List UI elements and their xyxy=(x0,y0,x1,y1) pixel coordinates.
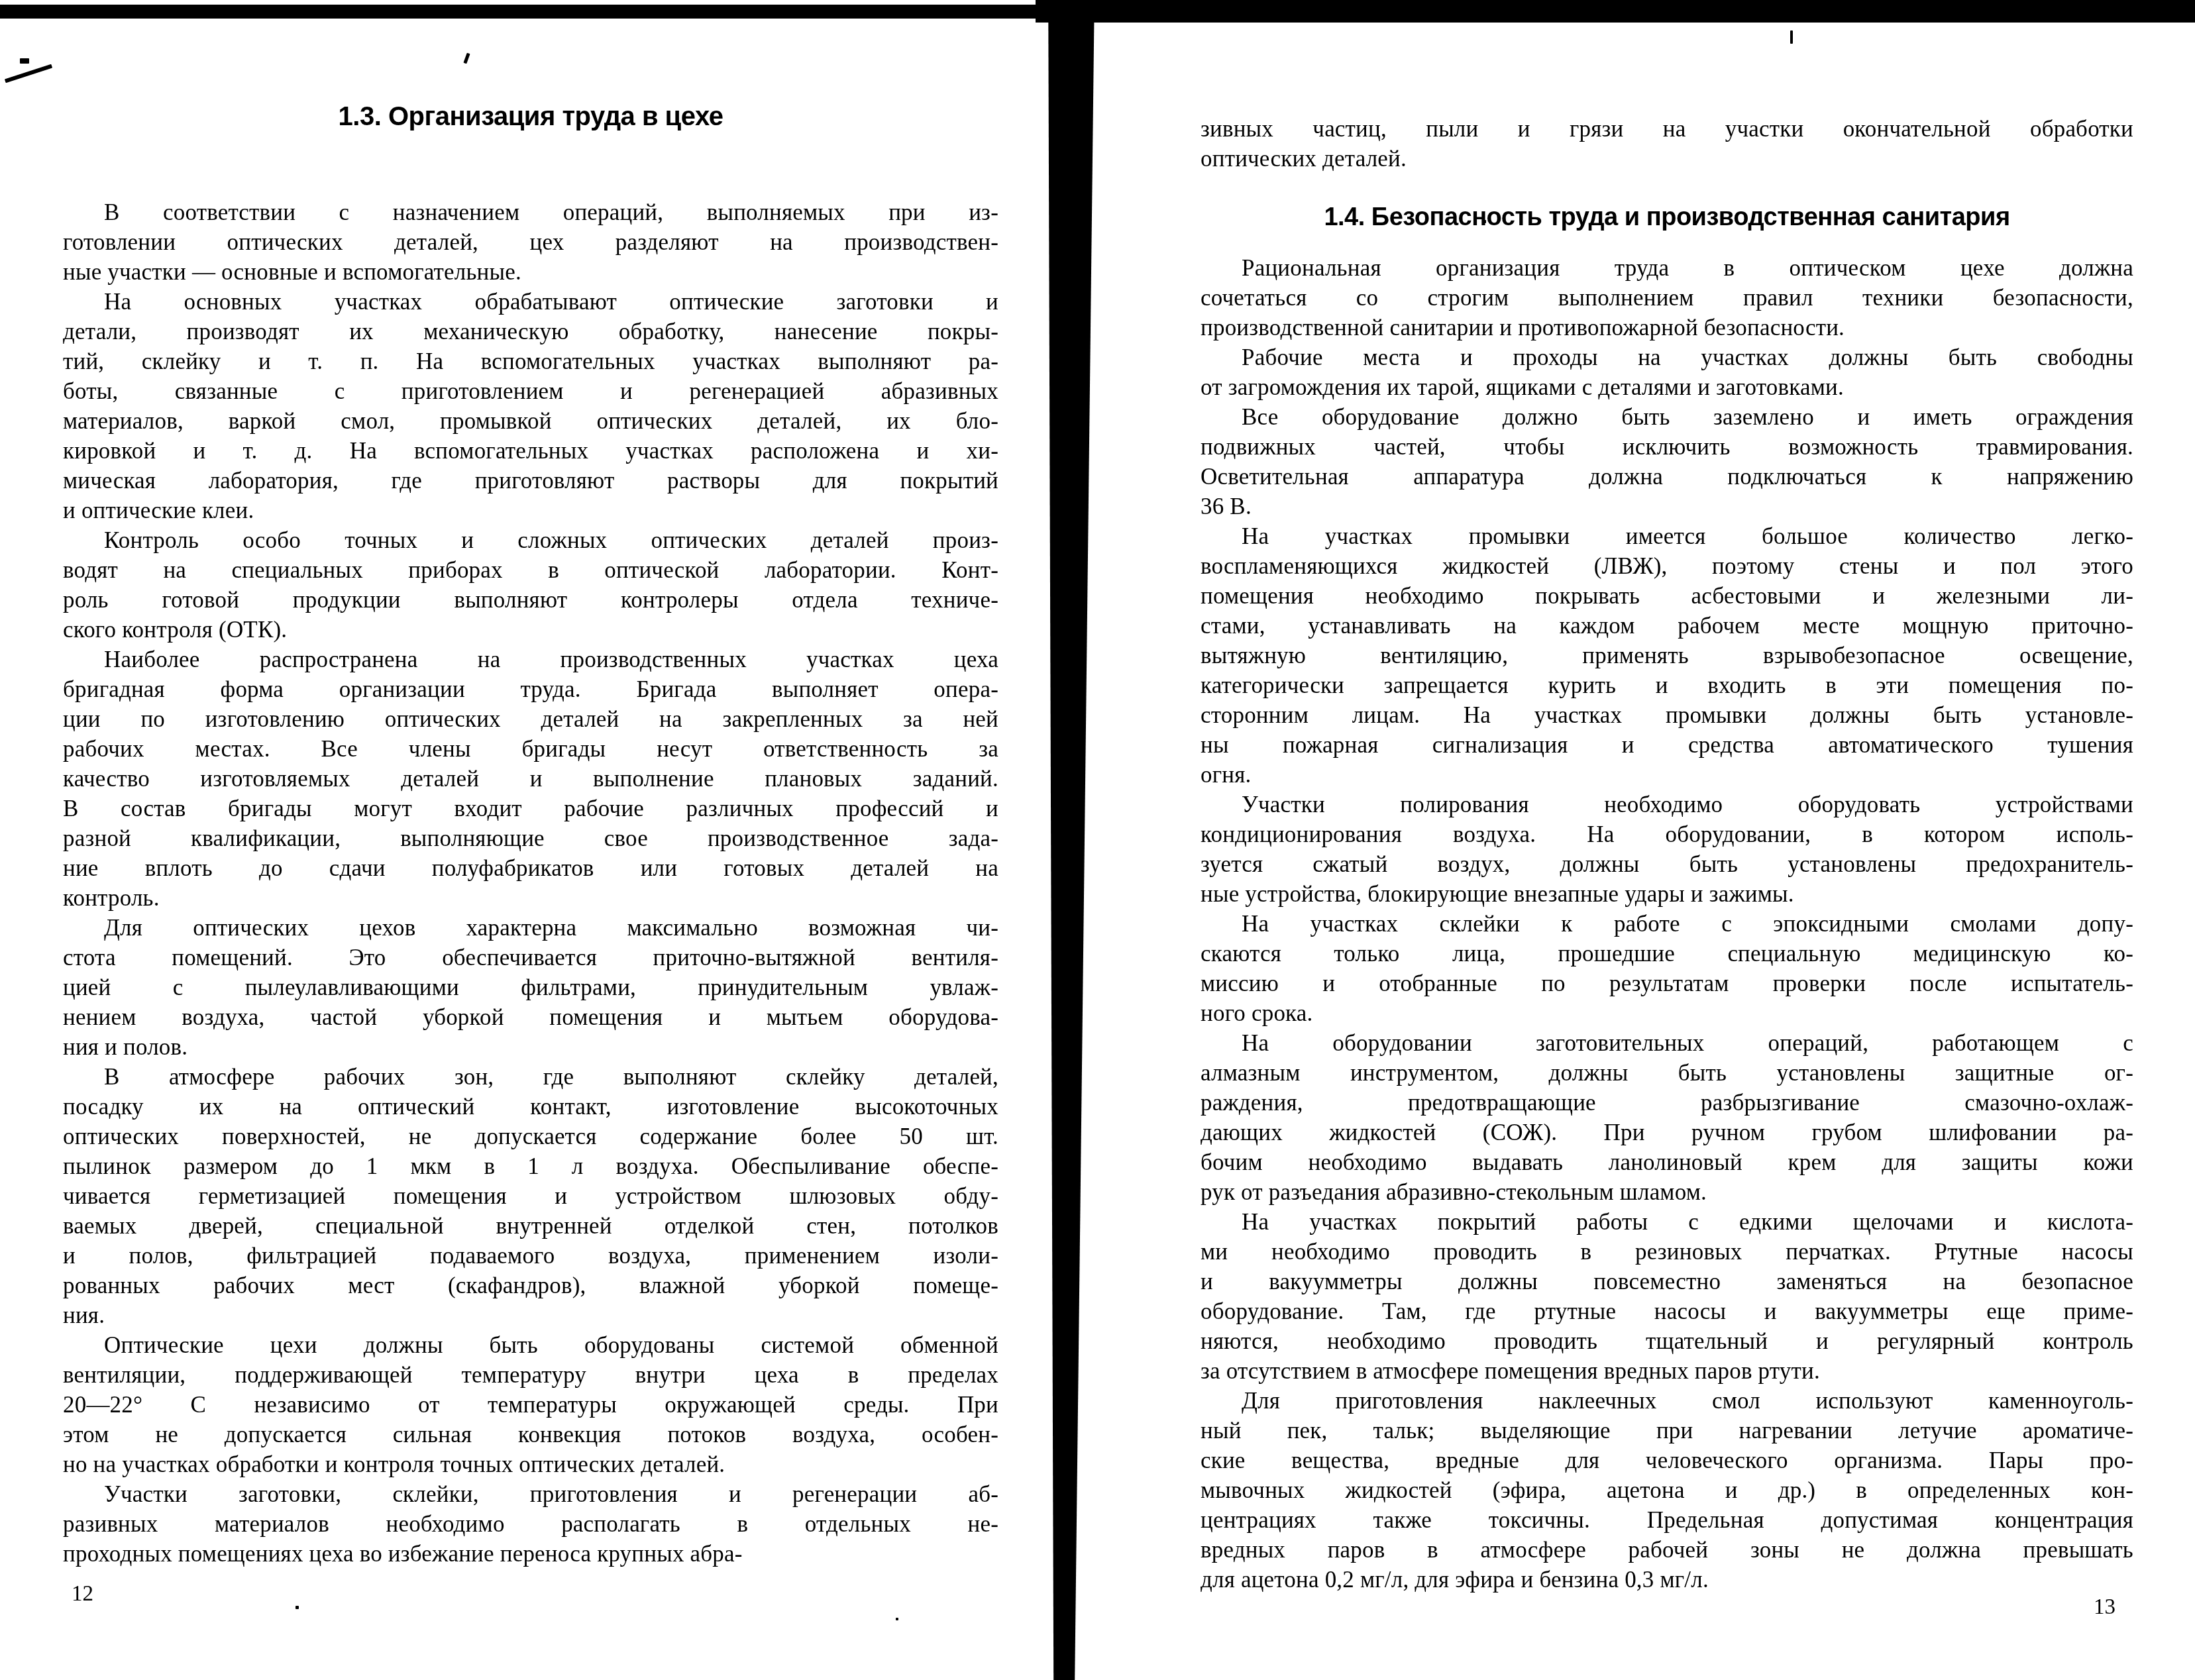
text-line: и оптические клеи. xyxy=(63,496,998,525)
text-line: В атмосфере рабочих зон, где выполняют с… xyxy=(63,1062,998,1092)
page-left: 1.3. Организация труда в цехе В соответс… xyxy=(63,101,998,1569)
text-line: мическая лаборатория, где приготовляют р… xyxy=(63,466,998,496)
text-line: для ацетона 0,2 мг/л, для эфира и бензин… xyxy=(1201,1565,2133,1595)
text-line: Все оборудование должно быть заземлено и… xyxy=(1201,402,2133,432)
text-line: ные участки — основные и вспомогательные… xyxy=(63,257,998,287)
scan-top-edge-right xyxy=(1036,0,2195,23)
text-line: Оптические цехи должны быть оборудованы … xyxy=(63,1330,998,1360)
text-line: огня. xyxy=(1201,760,2133,790)
text-line: ные устройства, блокирующие внезапные уд… xyxy=(1201,879,2133,909)
book-gutter-shadow xyxy=(1044,0,1097,1680)
text-line: скаются только лица, прошедшие специальн… xyxy=(1201,939,2133,969)
text-line: посадку их на оптический контакт, изгото… xyxy=(63,1092,998,1122)
text-line: бригадная форма организации труда. Брига… xyxy=(63,674,998,704)
text-line: ваемых дверей, специальной внутренней от… xyxy=(63,1211,998,1241)
text-line: материалов, варкой смол, промывкой оптич… xyxy=(63,406,998,436)
text-line: Осветительная аппаратура должна подключа… xyxy=(1201,462,2133,492)
text-line: стами, устанавливать на каждом рабочем м… xyxy=(1201,611,2133,641)
text-line: разной квалификации, выполняющие свое пр… xyxy=(63,823,998,853)
text-line: нением воздуха, частой уборкой помещения… xyxy=(63,1002,998,1032)
scan-noise xyxy=(463,53,470,64)
text-line: цией с пылеулавливающими фильтрами, прин… xyxy=(63,972,998,1002)
text-line: кондиционирования воздуха. На оборудован… xyxy=(1201,819,2133,849)
text-line: ние вплоть до сдачи полуфабрикатов или г… xyxy=(63,853,998,883)
text-line: подвижных частей, чтобы исключить возмож… xyxy=(1201,432,2133,462)
page-number-left: 12 xyxy=(72,1582,93,1606)
text-line: качество изготовляемых деталей и выполне… xyxy=(63,764,998,794)
text-line: оптических поверхностей, не допускается … xyxy=(63,1122,998,1151)
text-line: зуется сжатый воздух, должны быть устано… xyxy=(1201,849,2133,879)
text-line: На участках склейки к работе с эпоксидны… xyxy=(1201,909,2133,939)
page-right: зивных частиц, пыли и грязи на участки о… xyxy=(1201,114,2133,1595)
text-line: Участки заготовки, склейки, приготовлени… xyxy=(63,1479,998,1509)
text-line: сторонним лицам. На участках промывки до… xyxy=(1201,700,2133,730)
text-line: Рабочие места и проходы на участках долж… xyxy=(1201,342,2133,372)
scan-top-edge-left xyxy=(0,5,1101,19)
text-line: рабочих местах. Все члены бригады несут … xyxy=(63,734,998,764)
section-heading-1-4: 1.4. Безопасность труда и производственн… xyxy=(1201,201,2133,233)
text-line: мывочных жидкостей (эфира, ацетона и др.… xyxy=(1201,1475,2133,1505)
text-line: Контроль особо точных и сложных оптическ… xyxy=(63,525,998,555)
text-line: В соответствии с назначением операций, в… xyxy=(63,197,998,227)
text-line: производственной санитарии и противопожа… xyxy=(1201,313,2133,342)
text-line: ны пожарная сигнализация и средства авто… xyxy=(1201,730,2133,760)
text-line: ный пек, тальк; выделяющие при нагревани… xyxy=(1201,1416,2133,1445)
text-line: вредных паров в атмосфере рабочей зоны н… xyxy=(1201,1535,2133,1565)
text-line: Для приготовления наклеечных смол исполь… xyxy=(1201,1386,2133,1416)
text-line: сочетаться со строгим выполнением правил… xyxy=(1201,283,2133,313)
page-right-intro-text: зивных частиц, пыли и грязи на участки о… xyxy=(1201,114,2133,174)
text-line: боты, связанные с приготовлением и реген… xyxy=(63,376,998,406)
text-line: Участки полирования необходимо оборудова… xyxy=(1201,790,2133,819)
page-left-body-text: В соответствии с назначением операций, в… xyxy=(63,197,998,1569)
text-line: оборудование. Там, где ртутные насосы и … xyxy=(1201,1296,2133,1326)
text-line: няются, необходимо проводить тщательный … xyxy=(1201,1326,2133,1356)
text-line: бочим необходимо выдавать ланолиновый кр… xyxy=(1201,1147,2133,1177)
text-line: Наиболее распространена на производствен… xyxy=(63,645,998,674)
text-line: водят на специальных приборах в оптическ… xyxy=(63,555,998,585)
text-line: Рациональная организация труда в оптичес… xyxy=(1201,253,2133,283)
text-line: и вакуумметры должны повсеместно заменят… xyxy=(1201,1267,2133,1296)
text-line: от загромождения их тарой, ящиками с дет… xyxy=(1201,372,2133,402)
text-line: контроль. xyxy=(63,883,998,913)
text-line: тий, склейку и т. п. На вспомогательных … xyxy=(63,346,998,376)
text-line: ские вещества, вредные для человеческого… xyxy=(1201,1445,2133,1475)
text-line: готовлении оптических деталей, цех разде… xyxy=(63,227,998,257)
scan-noise xyxy=(1790,30,1793,44)
text-line: вытяжную вентиляцию, применять взрывобез… xyxy=(1201,641,2133,670)
text-line: проходных помещениях цеха во избежание п… xyxy=(63,1539,998,1569)
text-line: дающих жидкостей (СОЖ). При ручном грубо… xyxy=(1201,1118,2133,1147)
text-line: Для оптических цехов характерна максимал… xyxy=(63,913,998,943)
page-right-body-text: Рациональная организация труда в оптичес… xyxy=(1201,253,2133,1595)
text-line: На основных участках обрабатывают оптиче… xyxy=(63,287,998,317)
scan-noise xyxy=(5,64,52,83)
text-line: миссию и отобранные по результатам прове… xyxy=(1201,969,2133,998)
text-line: вентиляции, поддерживающей температуру в… xyxy=(63,1360,998,1390)
text-line: ского контроля (ОТК). xyxy=(63,615,998,645)
text-line: за отсутствием в атмосфере помещения вре… xyxy=(1201,1356,2133,1386)
text-line: этом не допускается сильная конвекция по… xyxy=(63,1420,998,1449)
scan-noise xyxy=(295,1606,299,1609)
text-line: чивается герметизацией помещения и устро… xyxy=(63,1181,998,1211)
text-line: ного срока. xyxy=(1201,998,2133,1028)
scan-noise xyxy=(896,1618,898,1620)
text-line: рованных рабочих мест (скафандров), влаж… xyxy=(63,1271,998,1300)
section-heading-1-3: 1.3. Организация труда в цехе xyxy=(63,101,998,132)
text-line: центрациях также токсичны. Предельная до… xyxy=(1201,1505,2133,1535)
text-line: помещения необходимо покрывать асбестовы… xyxy=(1201,581,2133,611)
scan-noise xyxy=(20,58,29,64)
text-line: ции по изготовлению оптических деталей н… xyxy=(63,704,998,734)
book-spread-scan: 1.3. Организация труда в цехе В соответс… xyxy=(0,0,2195,1680)
text-line: На участках промывки имеется большое кол… xyxy=(1201,521,2133,551)
text-line: зивных частиц, пыли и грязи на участки о… xyxy=(1201,114,2133,144)
text-line: стота помещений. Это обеспечивается прит… xyxy=(63,943,998,972)
text-line: детали, производят их механическую обраб… xyxy=(63,317,998,346)
text-line: алмазным инструментом, должны быть устан… xyxy=(1201,1058,2133,1088)
text-line: В состав бригады могут входит рабочие ра… xyxy=(63,794,998,823)
text-line: категорически запрещается курить и входи… xyxy=(1201,670,2133,700)
text-line: ния. xyxy=(63,1300,998,1330)
text-line: оптических деталей. xyxy=(1201,144,2133,174)
text-line: роль готовой продукции выполняют контрол… xyxy=(63,585,998,615)
text-line: ния и полов. xyxy=(63,1032,998,1062)
text-line: кировкой и т. д. На вспомогательных учас… xyxy=(63,436,998,466)
text-line: разивных материалов необходимо располага… xyxy=(63,1509,998,1539)
text-line: ми необходимо проводить в резиновых перч… xyxy=(1201,1237,2133,1267)
text-line: и полов, фильтрацией подаваемого воздуха… xyxy=(63,1241,998,1271)
text-line: На участках покрытий работы с едкими щел… xyxy=(1201,1207,2133,1237)
text-line: рук от разъедания абразивно-стекольным ш… xyxy=(1201,1177,2133,1207)
text-line: раждения, предотвращающие разбрызгивание… xyxy=(1201,1088,2133,1118)
text-line: На оборудовании заготовительных операций… xyxy=(1201,1028,2133,1058)
page-number-right: 13 xyxy=(2094,1595,2115,1620)
text-line: но на участках обработки и контроля точн… xyxy=(63,1449,998,1479)
text-line: 36 В. xyxy=(1201,492,2133,521)
text-line: 20—22° С независимо от температуры окруж… xyxy=(63,1390,998,1420)
text-line: воспламеняющихся жидкостей (ЛВЖ), поэтом… xyxy=(1201,551,2133,581)
text-line: пылинок размером до 1 мкм в 1 л воздуха.… xyxy=(63,1151,998,1181)
